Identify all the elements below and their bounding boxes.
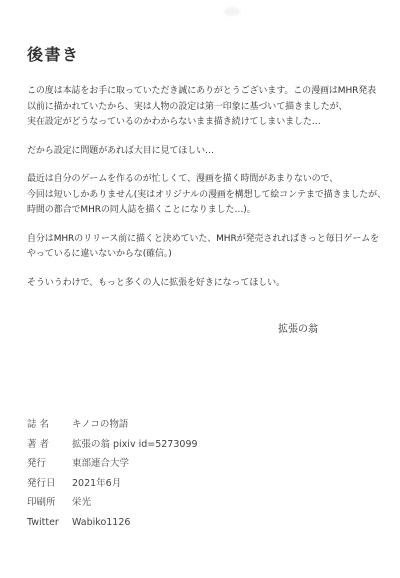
- colophon-row-twitter: Twitter Wabiko1126: [27, 513, 373, 533]
- colophon-label: 発行: [27, 454, 72, 474]
- colophon-row-printer: 印刷所 栄光: [27, 493, 373, 513]
- afterword-paragraph-4: 自分はMHRのリリース前に描くと決めていた、MHRが発売されればきっと毎日ゲーム…: [27, 232, 373, 263]
- scan-smudge: [224, 7, 240, 16]
- afterword-paragraph-5: そういうわけで、もっと多くの人に拡張を好きになってほしい。: [27, 276, 373, 292]
- colophon-row-publisher: 発行 東部連合大学: [27, 454, 373, 474]
- colophon-label: 著 者: [27, 435, 72, 455]
- colophon-table: 誌 名 キノコの物語 著 者 拡張の翁 pixiv id=5273099 発行 …: [27, 415, 373, 532]
- colophon-row-publish-date: 発行日 2021年6月: [27, 474, 373, 494]
- afterword-paragraph-3: 最近は自分のゲームを作るのが忙しくて、漫画を描く時間があまりないので、 今回は短…: [27, 172, 373, 219]
- colophon-label: Twitter: [27, 513, 72, 533]
- colophon-label: 印刷所: [27, 493, 72, 513]
- colophon-row-title: 誌 名 キノコの物語: [27, 415, 373, 435]
- colophon-value: 栄光: [72, 493, 373, 513]
- afterword-paragraph-1: この度は本誌をお手に取っていただき誠にありがとうございます。この漫画はMHR発表…: [27, 84, 373, 131]
- colophon-value: キノコの物語: [72, 415, 373, 435]
- colophon-value: 東部連合大学: [72, 454, 373, 474]
- colophon-value: Wabiko1126: [72, 513, 373, 533]
- colophon-label: 誌 名: [27, 415, 72, 435]
- page-title: 後書き: [27, 45, 373, 65]
- colophon-value: 拡張の翁 pixiv id=5273099: [72, 435, 373, 455]
- colophon-label: 発行日: [27, 474, 72, 494]
- author-signature: 拡張の翁: [27, 322, 318, 337]
- colophon-row-author: 著 者 拡張の翁 pixiv id=5273099: [27, 435, 373, 455]
- colophon-value: 2021年6月: [72, 474, 373, 494]
- afterword-paragraph-2: だから設定に問題があれば大目に見てほしい…: [27, 144, 373, 160]
- afterword-page: 後書き この度は本誌をお手に取っていただき誠にありがとうございます。この漫画はM…: [0, 0, 400, 578]
